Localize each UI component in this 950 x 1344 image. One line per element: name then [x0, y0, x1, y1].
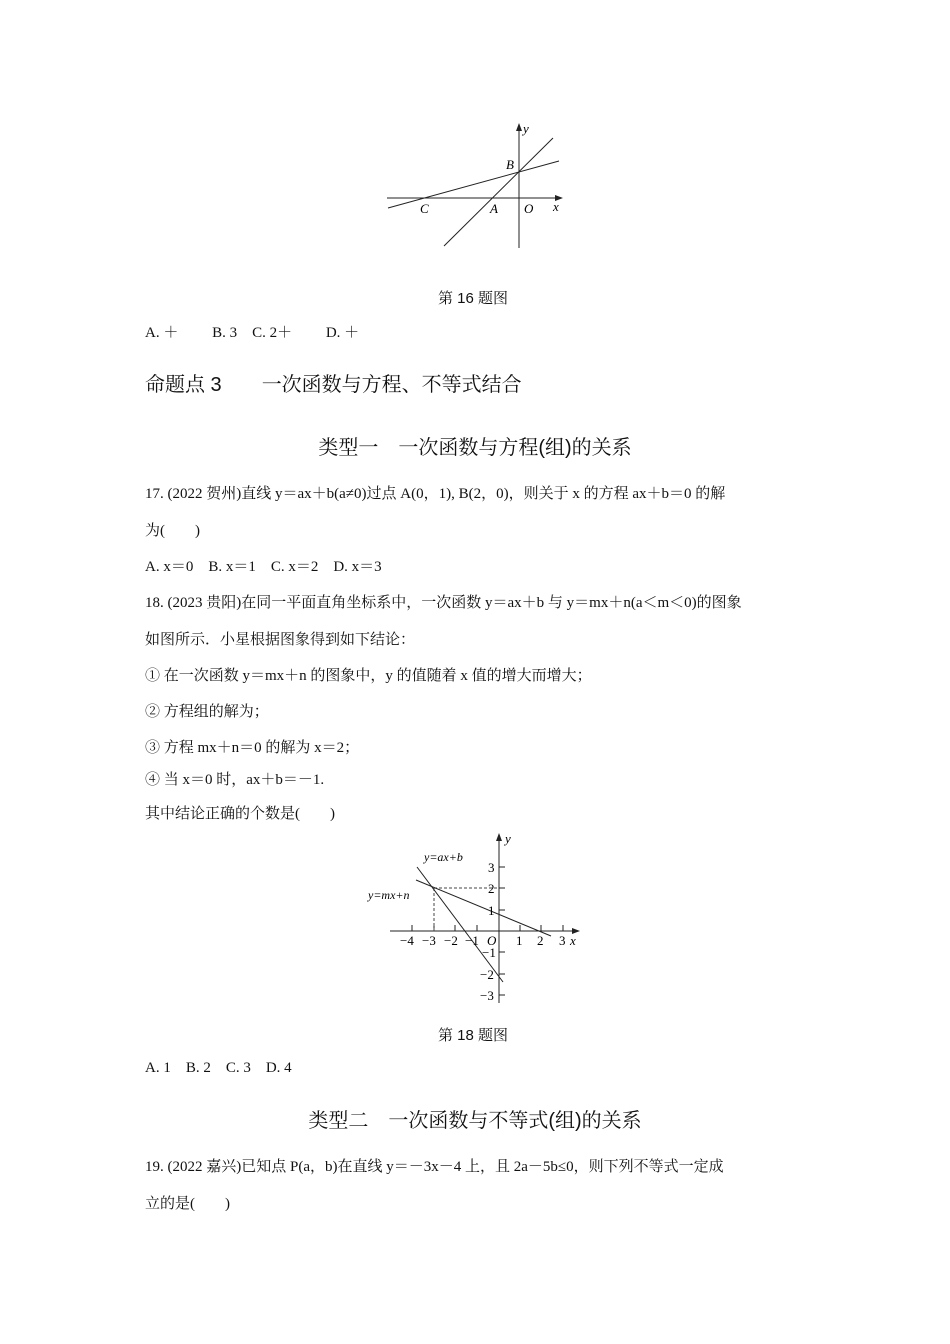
fig18-axis-y: y	[503, 831, 511, 846]
q17-line-2: 为( )	[145, 521, 200, 541]
q16-options: A. ＋ B. 3 C. 2＋ D. ＋	[145, 323, 359, 343]
q17-options: A. x＝0 B. x＝1 C. x＝2 D. x＝3	[145, 557, 382, 577]
q18-question: 其中结论正确的个数是( )	[145, 804, 335, 824]
q18-conclusion-2: ② 方程组的解为；	[145, 702, 269, 722]
fig18-axis-x: x	[569, 933, 576, 948]
q19-line-2: 立的是( )	[145, 1194, 230, 1214]
type-2-heading: 类型二 一次函数与不等式(组)的关系	[0, 1104, 950, 1133]
figure-18-caption: 第 18 题图	[438, 1024, 508, 1045]
type-1-heading: 类型一 一次函数与方程(组)的关系	[0, 431, 950, 460]
q19-line-1: 19. (2022 嘉兴)已知点 P(a，b)在直线 y＝－3x－4 上，且 2…	[145, 1157, 724, 1177]
q18-options: A. 1 B. 2 C. 3 D. 4	[145, 1058, 292, 1078]
fig18-label-mx-n: y=mx+n	[367, 888, 410, 902]
fig18-xtick: −1	[465, 933, 479, 948]
fig18-xtick: −3	[422, 933, 436, 948]
fig18-ytick: 1	[488, 903, 495, 918]
fig18-ytick: −1	[482, 945, 496, 960]
fig18-xtick: 1	[516, 933, 523, 948]
section-3-prefix: 命题点 3	[145, 374, 222, 396]
fig18-xtick: 3	[559, 933, 566, 948]
fig16-label-y: y	[521, 121, 529, 136]
fig16-label-O: O	[524, 201, 534, 216]
fig16-label-C: C	[420, 201, 429, 216]
section-3-title: 一次函数与方程、不等式结合	[262, 374, 522, 396]
q18-line-1: 18. (2023 贵阳)在同一平面直角坐标系中，一次函数 y＝ax＋b 与 y…	[145, 593, 742, 613]
fig16-label-B: B	[506, 157, 514, 172]
fig16-label-A: A	[489, 201, 498, 216]
fig18-ytick: −2	[480, 967, 494, 982]
figure-16-caption: 第 16 题图	[438, 287, 508, 308]
fig18-xtick: −2	[444, 933, 458, 948]
q18-line-2: 如图所示．小星根据图象得到如下结论：	[145, 630, 415, 650]
q17-line-1: 17. (2022 贺州)直线 y＝ax＋b(a≠0)过点 A(0，1), B(…	[145, 484, 725, 504]
q18-conclusion-4: ④ 当 x＝0 时，ax＋b＝－1.	[145, 770, 324, 790]
fig18-ytick: 3	[488, 860, 495, 875]
q18-conclusion-1: ① 在一次函数 y＝mx＋n 的图象中，y 的值随着 x 值的增大而增大；	[145, 666, 592, 686]
figure-16-graph: y B C A O x	[380, 115, 580, 255]
fig18-label-ax-b: y=ax+b	[423, 850, 463, 864]
fig18-xtick: −4	[400, 933, 414, 948]
figure-18-graph: y=ax+b y=mx+n y x O −4 −3 −2 −1 1 2 3 3 …	[360, 825, 590, 1010]
fig16-label-x: x	[552, 199, 559, 214]
fig18-xtick: 2	[537, 933, 544, 948]
fig18-ytick: 2	[488, 881, 495, 896]
section-3-heading: 命题点 3一次函数与方程、不等式结合	[145, 368, 522, 397]
q18-conclusion-3: ③ 方程 mx＋n＝0 的解为 x＝2；	[145, 738, 359, 758]
fig18-ytick: −3	[480, 988, 494, 1003]
